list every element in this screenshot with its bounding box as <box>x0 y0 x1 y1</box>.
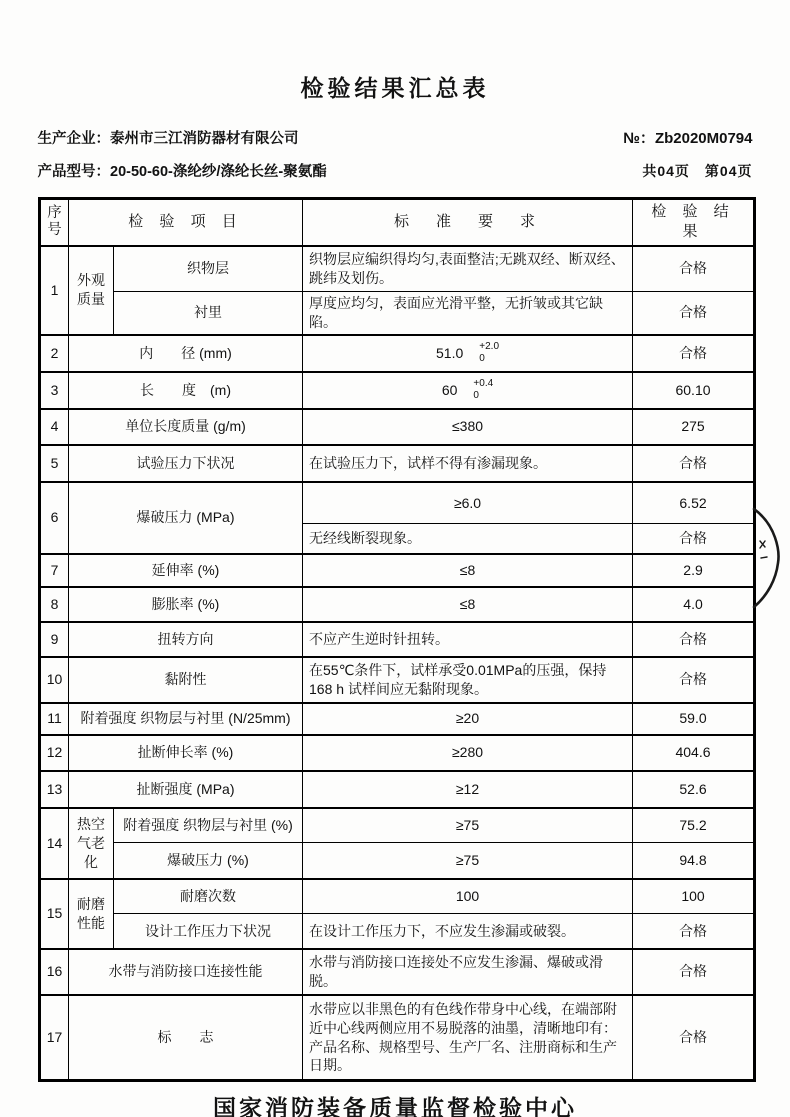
table-row: 11 附着强度 织物层与衬里 (N/25mm) ≥20 59.0 <box>40 703 755 735</box>
row-item: 设计工作压力下状况 <box>114 914 303 949</box>
row-standard: 不应产生逆时针扭转。 <box>303 622 633 657</box>
row-no: 17 <box>40 995 69 1081</box>
row-result: 6.52 <box>633 482 755 524</box>
header-inspection-item: 检 验 项 目 <box>69 199 303 246</box>
row-no: 6 <box>40 482 69 554</box>
row-item: 黏附性 <box>69 657 303 703</box>
row-no: 13 <box>40 771 69 808</box>
row-no: 3 <box>40 372 69 409</box>
page-title: 检验结果汇总表 <box>0 70 790 103</box>
row-no: 12 <box>40 735 69 771</box>
manufacturer-value: 泰州市三江消防器材有限公司 <box>110 131 299 147</box>
row-result: 275 <box>633 409 755 445</box>
row-result: 合格 <box>633 524 755 554</box>
manufacturer-line: 生产企业：泰州市三江消防器材有限公司 <box>38 127 299 148</box>
table-row: 17 标 志 水带应以非黑色的有色线作带身中心线，在端部附近中心线两侧应用不易脱… <box>40 995 755 1081</box>
header-standard-requirement: 标 准 要 求 <box>303 199 633 246</box>
report-number-label: №： <box>623 130 655 147</box>
row-item: 织物层 <box>114 246 303 292</box>
row-result: 4.0 <box>633 587 755 622</box>
row-no: 1 <box>40 246 69 335</box>
row-no: 16 <box>40 949 69 995</box>
row-item: 扭转方向 <box>69 622 303 657</box>
row-result: 合格 <box>633 335 755 372</box>
row-result: 合格 <box>633 445 755 482</box>
row-no: 15 <box>40 879 69 949</box>
row-no: 5 <box>40 445 69 482</box>
row-standard: 51.0+2.00 <box>303 335 633 372</box>
report-number-line: №：Zb2020M0794 <box>623 127 752 148</box>
row-result: 60.10 <box>633 372 755 409</box>
row-standard: ≥75 <box>303 808 633 843</box>
row-result: 合格 <box>633 622 755 657</box>
table-row: 衬里 厚度应均匀，表面应光滑平整，无折皱或其它缺陷。 合格 <box>40 292 755 335</box>
row-item: 单位长度质量 (g/m) <box>69 409 303 445</box>
issuing-authority: 国家消防装备质量监督检验中心 <box>0 1090 790 1117</box>
table-row: 13 扯断强度 (MPa) ≥12 52.6 <box>40 771 755 808</box>
row-standard: ≥280 <box>303 735 633 771</box>
row-item: 长 度 (m) <box>69 372 303 409</box>
row-item: 扯断伸长率 (%) <box>69 735 303 771</box>
row-standard: 在55℃条件下，试样承受0.01MPa的压强，保持168 h 试样间应无黏附现象… <box>303 657 633 703</box>
row-standard: ≤8 <box>303 587 633 622</box>
header-inspection-result: 检 验 结 果 <box>633 199 755 246</box>
row-no: 9 <box>40 622 69 657</box>
row-item: 衬里 <box>114 292 303 335</box>
row-item: 附着强度 织物层与衬里 (%) <box>114 808 303 843</box>
table-row: 2 内 径 (mm) 51.0+2.00 合格 <box>40 335 755 372</box>
report-number-value: Zb2020M0794 <box>655 130 753 147</box>
row-standard: ≤8 <box>303 554 633 587</box>
row-standard: 水带应以非黑色的有色线作带身中心线，在端部附近中心线两侧应用不易脱落的油墨，清晰… <box>303 995 633 1081</box>
row-item: 延伸率 (%) <box>69 554 303 587</box>
table-row: 10 黏附性 在55℃条件下，试样承受0.01MPa的压强，保持168 h 试样… <box>40 657 755 703</box>
product-model-label: 产品型号： <box>38 164 111 180</box>
table-row: 8 膨胀率 (%) ≤8 4.0 <box>40 587 755 622</box>
row-result: 404.6 <box>633 735 755 771</box>
table-row: 12 扯断伸长率 (%) ≥280 404.6 <box>40 735 755 771</box>
table-row: 5 试验压力下状况 在试验压力下，试样不得有渗漏现象。 合格 <box>40 445 755 482</box>
row-no: 10 <box>40 657 69 703</box>
row-standard: 厚度应均匀，表面应光滑平整，无折皱或其它缺陷。 <box>303 292 633 335</box>
row-group-appearance: 外观质量 <box>69 246 114 335</box>
row-standard: 在试验压力下，试样不得有渗漏现象。 <box>303 445 633 482</box>
row-standard: ≥20 <box>303 703 633 735</box>
row-standard: ≥75 <box>303 843 633 879</box>
row-item: 扯断强度 (MPa) <box>69 771 303 808</box>
table-row: 9 扭转方向 不应产生逆时针扭转。 合格 <box>40 622 755 657</box>
manufacturer-label: 生产企业： <box>38 131 111 147</box>
row-standard: 水带与消防接口连接处不应发生渗漏、爆破或滑脱。 <box>303 949 633 995</box>
row-item: 试验压力下状况 <box>69 445 303 482</box>
table-row: 4 单位长度质量 (g/m) ≤380 275 <box>40 409 755 445</box>
tolerance-lower: 0 <box>473 390 493 402</box>
row-item: 内 径 (mm) <box>69 335 303 372</box>
row-standard: 100 <box>303 879 633 914</box>
table-row: 6 爆破压力 (MPa) ≥6.0 6.52 <box>40 482 755 524</box>
row-result: 合格 <box>633 657 755 703</box>
row-result: 合格 <box>633 995 755 1081</box>
row-standard: ≥6.0 <box>303 482 633 524</box>
table-row: 3 长 度 (m) 60+0.40 60.10 <box>40 372 755 409</box>
table-row: 7 延伸率 (%) ≤8 2.9 <box>40 554 755 587</box>
row-no: 4 <box>40 409 69 445</box>
row-result: 2.9 <box>633 554 755 587</box>
product-model-line: 产品型号：20-50-60-涤纶纱/涤纶长丝-聚氨酯 <box>38 160 327 181</box>
handwritten-bracket-mark <box>750 503 788 613</box>
standard-value-with-tolerance: 51.0+2.00 <box>436 341 499 365</box>
row-result: 合格 <box>633 292 755 335</box>
row-item: 膨胀率 (%) <box>69 587 303 622</box>
table-row: 1 外观质量 织物层 织物层应编织得均匀,表面整洁;无跳双经、断双经、跳纬及划伤… <box>40 246 755 292</box>
row-result: 合格 <box>633 246 755 292</box>
row-item: 爆破压力 (%) <box>114 843 303 879</box>
row-item: 标 志 <box>69 995 303 1081</box>
row-result: 合格 <box>633 949 755 995</box>
row-result: 合格 <box>633 914 755 949</box>
row-no: 11 <box>40 703 69 735</box>
row-result: 52.6 <box>633 771 755 808</box>
table-row: 15 耐磨性能 耐磨次数 100 100 <box>40 879 755 914</box>
row-result: 100 <box>633 879 755 914</box>
row-item: 水带与消防接口连接性能 <box>69 949 303 995</box>
row-group-heat-aging: 热空气老化 <box>69 808 114 879</box>
tolerance-upper: +0.4 <box>473 378 493 390</box>
row-item: 附着强度 织物层与衬里 (N/25mm) <box>69 703 303 735</box>
page-count: 共04页 第04页 <box>642 161 752 181</box>
document-page: 检验结果汇总表 生产企业：泰州市三江消防器材有限公司 №：Zb2020M0794… <box>0 0 790 1117</box>
table-row: 16 水带与消防接口连接性能 水带与消防接口连接处不应发生渗漏、爆破或滑脱。 合… <box>40 949 755 995</box>
document-meta: 生产企业：泰州市三江消防器材有限公司 №：Zb2020M0794 产品型号：20… <box>38 127 753 181</box>
product-model-value: 20-50-60-涤纶纱/涤纶长丝-聚氨酯 <box>110 164 327 180</box>
tolerance-upper: +2.0 <box>479 341 499 353</box>
row-result: 94.8 <box>633 843 755 879</box>
header-serial-number: 序号 <box>40 199 69 246</box>
row-no: 7 <box>40 554 69 587</box>
row-item: 耐磨次数 <box>114 879 303 914</box>
row-no: 14 <box>40 808 69 879</box>
row-standard: ≤380 <box>303 409 633 445</box>
table-row: 爆破压力 (%) ≥75 94.8 <box>40 843 755 879</box>
table-header-row: 序号 检 验 项 目 标 准 要 求 检 验 结 果 <box>40 199 755 246</box>
row-result: 59.0 <box>633 703 755 735</box>
row-no: 8 <box>40 587 69 622</box>
tolerance-lower: 0 <box>479 353 499 365</box>
row-result: 75.2 <box>633 808 755 843</box>
row-group-abrasion: 耐磨性能 <box>69 879 114 949</box>
standard-value-with-tolerance: 60+0.40 <box>442 378 493 402</box>
row-standard: 在设计工作压力下，不应发生渗漏或破裂。 <box>303 914 633 949</box>
row-standard: ≥12 <box>303 771 633 808</box>
row-standard: 60+0.40 <box>303 372 633 409</box>
inspection-results-table: 序号 检 验 项 目 标 准 要 求 检 验 结 果 1 外观质量 织物层 织物… <box>38 197 756 1082</box>
table-row: 14 热空气老化 附着强度 织物层与衬里 (%) ≥75 75.2 <box>40 808 755 843</box>
row-no: 2 <box>40 335 69 372</box>
row-standard: 无经线断裂现象。 <box>303 524 633 554</box>
row-item: 爆破压力 (MPa) <box>69 482 303 554</box>
table-row: 设计工作压力下状况 在设计工作压力下，不应发生渗漏或破裂。 合格 <box>40 914 755 949</box>
row-standard: 织物层应编织得均匀,表面整洁;无跳双经、断双经、跳纬及划伤。 <box>303 246 633 292</box>
